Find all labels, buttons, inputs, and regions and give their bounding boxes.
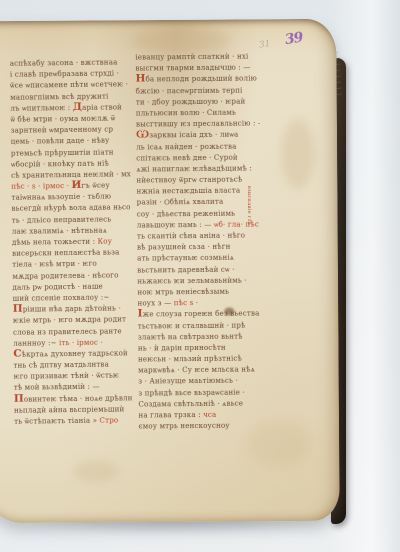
stain (281, 119, 315, 189)
margin-note: взысканіе гла (246, 186, 251, 238)
ghost-folio-number: 31 (259, 39, 271, 50)
manuscript-line: ємоу мтрь ненскоусноу (139, 420, 263, 432)
text-column-right: іеванцу рамптѝ спаткнѝ · нхівысгмн тварм… (135, 50, 262, 437)
manuscript-photo: 31 39 аспѣхабу засона · вжствнааі славѣ … (0, 0, 400, 552)
text-column-left: аспѣхабу засона · вжствнааі славѣ преѡбр… (10, 56, 139, 435)
manuscript-line: ть ѿстѣпаѥть тіаніа » Стро (14, 414, 138, 427)
folio-number: 39 (284, 30, 304, 49)
stain (73, 460, 119, 482)
